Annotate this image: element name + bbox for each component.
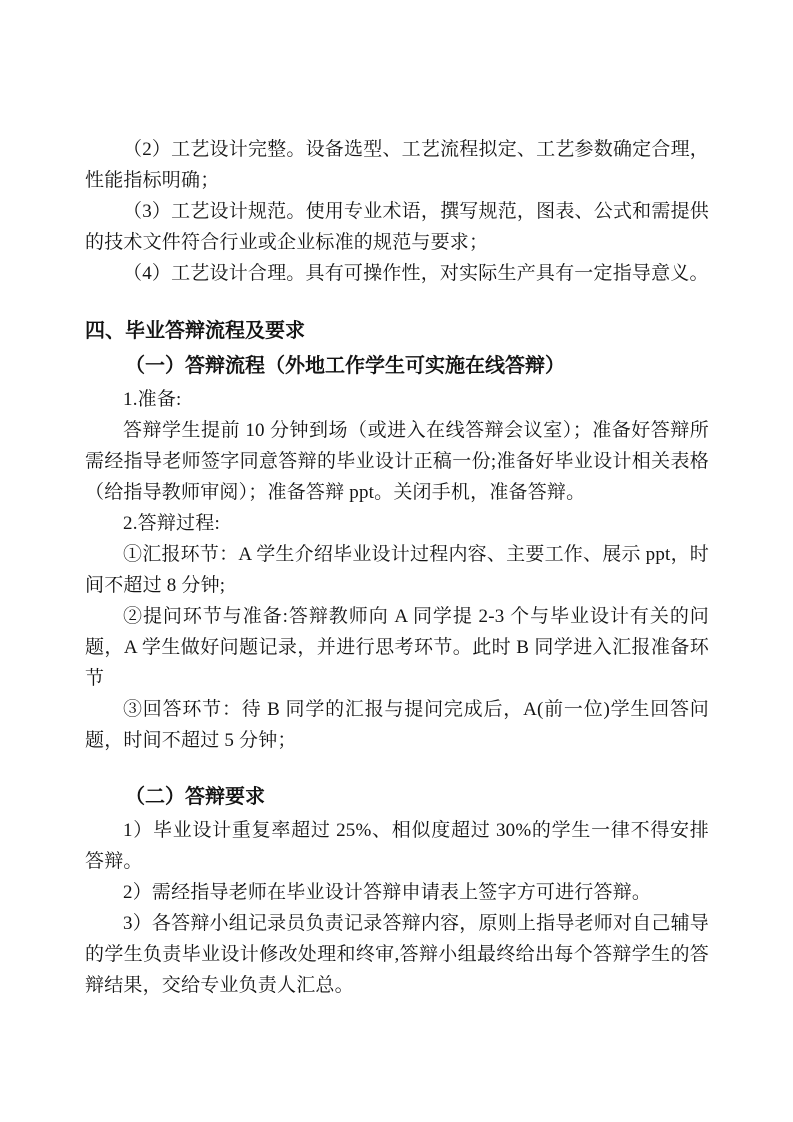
- paragraph-item-2-craft-complete: （2）工艺设计完整。设备选型、工艺流程拟定、工艺参数确定合理，性能指标明确；: [85, 134, 709, 196]
- paragraph-step-2-process-label: 2.答辩过程:: [85, 508, 709, 539]
- paragraph-answer-step: ③回答环节：待 B 同学的汇报与提问完成后，A(前一位)学生回答问题，时间不超过…: [85, 694, 709, 756]
- paragraph-requirement-2-signature: 2）需经指导老师在毕业设计答辩申请表上签字方可进行答辩。: [85, 877, 709, 908]
- section-heading-defense-process-requirements: 四、毕业答辩流程及要求: [85, 314, 709, 349]
- paragraph-question-step: ②提问环节与准备:答辩教师向 A 同学提 2-3 个与毕业设计有关的问题，A 学…: [85, 601, 709, 694]
- paragraph-requirement-1-plagiarism: 1）毕业设计重复率超过 25%、相似度超过 30%的学生一律不得安排答辩。: [85, 815, 709, 877]
- paragraph-requirement-3-recording: 3）各答辩小组记录员负责记录答辩内容，原则上指导老师对自己辅导的学生负责毕业设计…: [85, 908, 709, 1001]
- paragraph-item-3-craft-standard: （3）工艺设计规范。使用专业术语，撰写规范，图表、公式和需提供的技术文件符合行业…: [85, 196, 709, 258]
- document-page: （2）工艺设计完整。设备选型、工艺流程拟定、工艺参数确定合理，性能指标明确； （…: [0, 0, 793, 1122]
- paragraph-prepare-details: 答辩学生提前 10 分钟到场（或进入在线答辩会议室）；准备好答辩所需经指导老师签…: [85, 415, 709, 508]
- paragraph-step-1-prepare-label: 1.准备:: [85, 384, 709, 415]
- paragraph-report-step: ①汇报环节：A 学生介绍毕业设计过程内容、主要工作、展示 ppt，时间不超过 8…: [85, 539, 709, 601]
- sub-heading-defense-process: （一）答辩流程（外地工作学生可实施在线答辩）: [85, 349, 709, 384]
- sub-heading-defense-requirements: （二）答辩要求: [85, 780, 709, 815]
- paragraph-item-4-craft-reasonable: （4）工艺设计合理。具有可操作性，对实际生产具有一定指导意义。: [85, 258, 709, 289]
